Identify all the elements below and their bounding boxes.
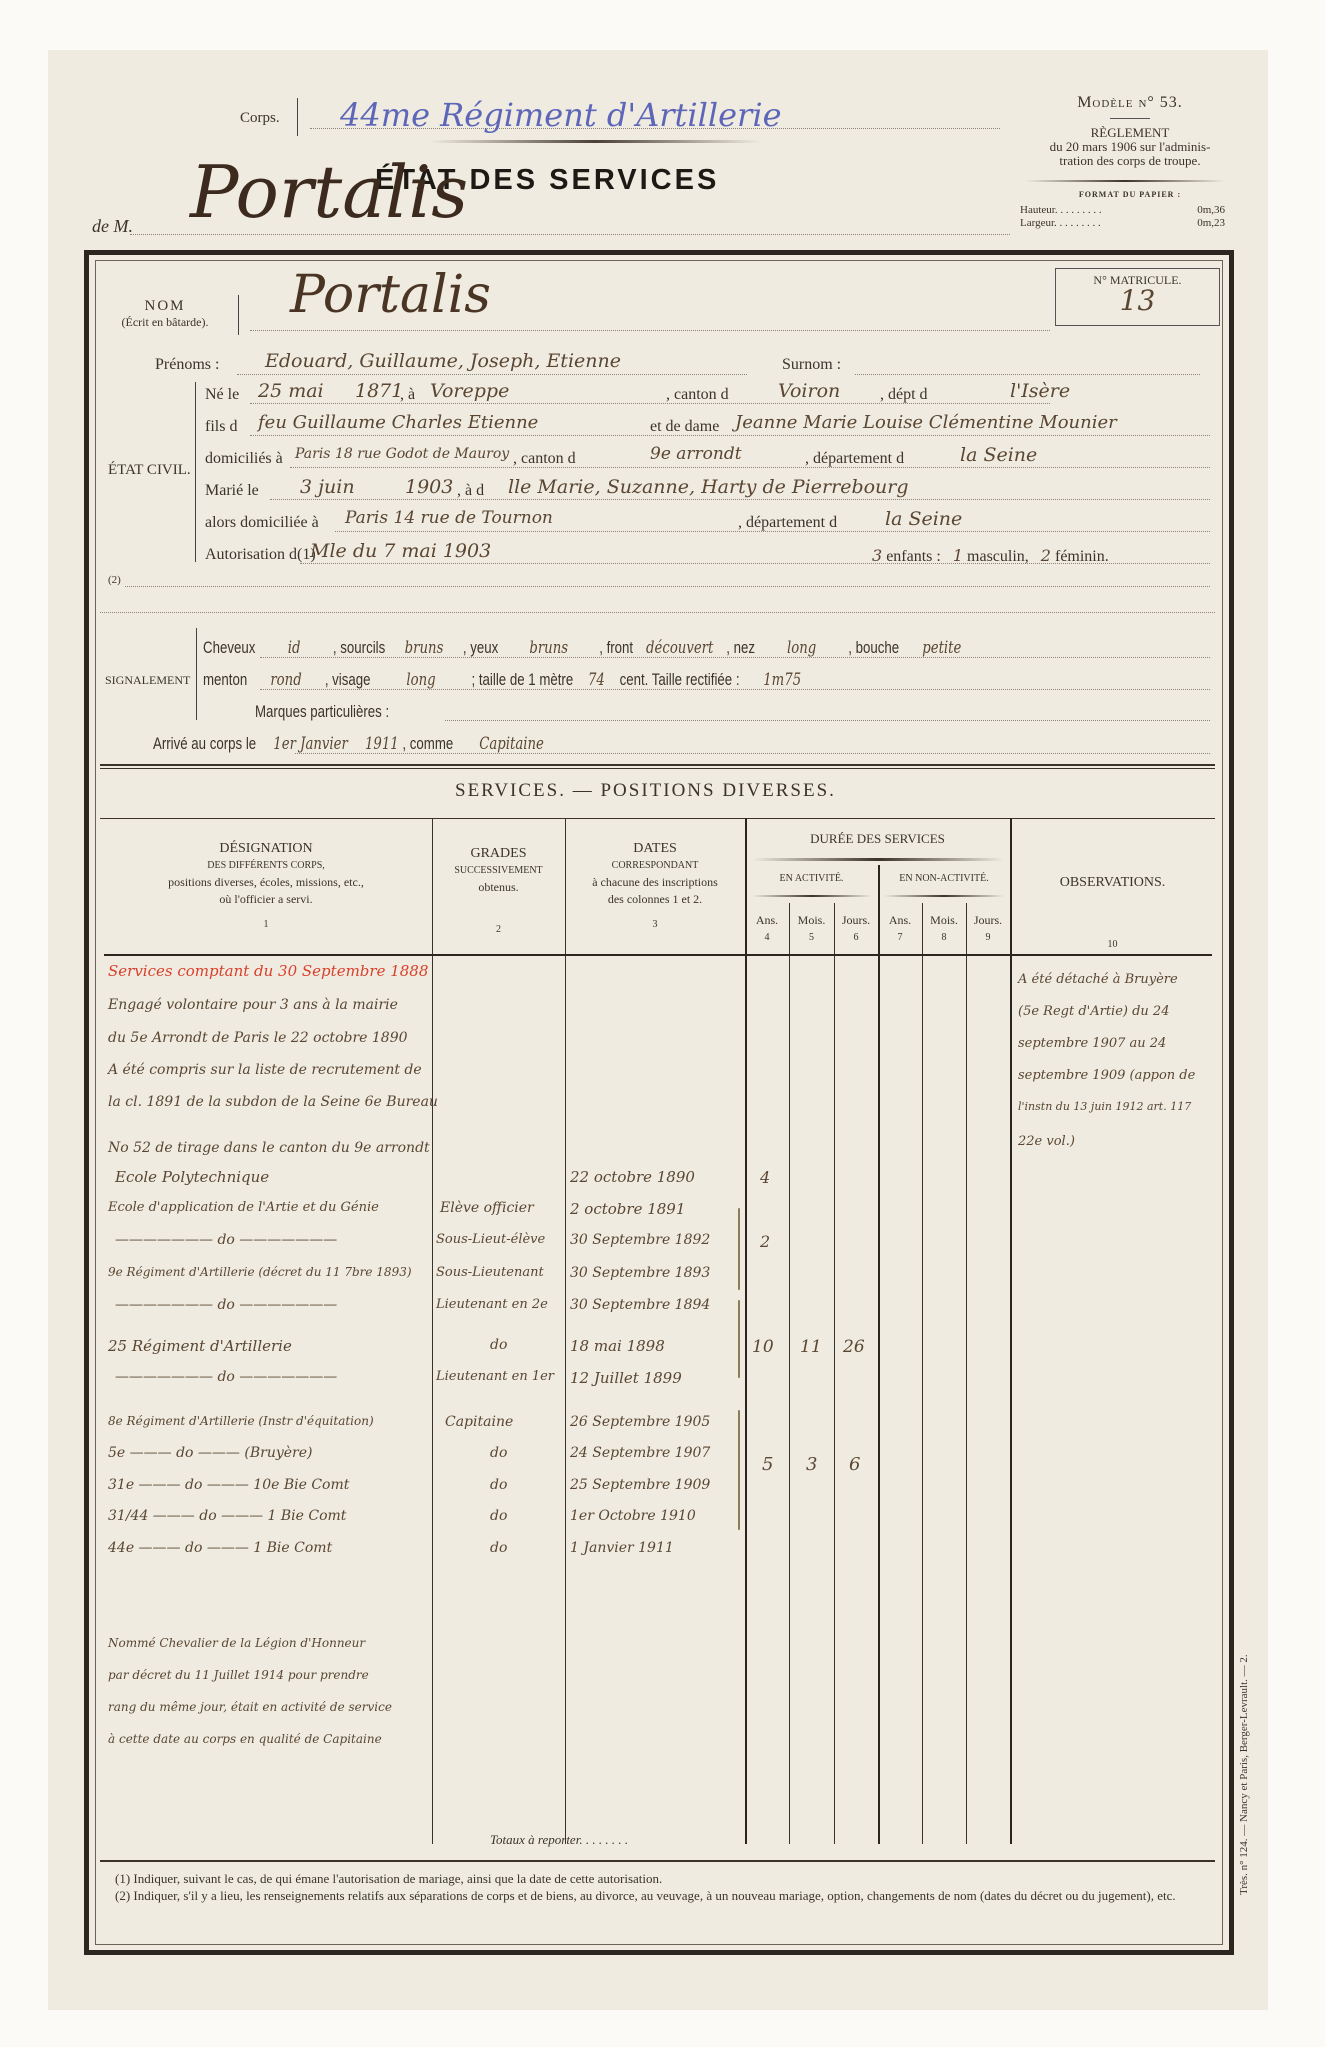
hauteur-value: 0m,36: [1197, 204, 1225, 216]
dates-title: DATES: [565, 840, 745, 857]
enfants-block: 3 enfants : 1 masculin, 2 féminin.: [872, 546, 1109, 566]
totaux-label: Totaux à reporter. . . . . . . .: [490, 1832, 628, 1848]
row-date: 2 octobre 1891: [570, 1200, 685, 1218]
observation-line: l'instn du 13 juin 1912 art. 117: [1018, 1100, 1191, 1113]
grades-sub1: SUCCESSIVEMENT: [432, 862, 565, 879]
nom-sub: (Écrit en bâtarde).: [105, 315, 225, 330]
col-num-6: 6: [834, 929, 878, 946]
duration-ans: 5: [762, 1454, 773, 1475]
col-num-4: 4: [745, 929, 789, 946]
surnom-line: [855, 374, 1200, 375]
intro-line: Engagé volontaire pour 3 ans à la mairie: [108, 997, 398, 1013]
reglement-title: RÈGLEMENT: [1010, 126, 1250, 140]
duration-brace: [738, 1208, 740, 1290]
yeux-label: , yeux: [463, 638, 498, 657]
grades-num: 2: [432, 921, 565, 938]
domicilies-line: [290, 467, 1210, 468]
canton-label: , canton d: [666, 386, 729, 404]
signalement-row1: Cheveux id , sourcils bruns , yeux bruns…: [203, 638, 981, 658]
departement2-label: , département d: [738, 514, 837, 532]
signalement-row2: menton rond , visage long ; taille de 1 …: [203, 670, 821, 690]
printer-imprint: Très. n° 124. — Nancy et Paris, Berger-L…: [1238, 1654, 1250, 1895]
nom-label-block: NOM (Écrit en bâtarde).: [105, 298, 225, 330]
dame-value: Jeanne Marie Louise Clémentine Mounier: [735, 412, 1117, 433]
intro-line: la cl. 1891 de la subdon de la Seine 6e …: [108, 1094, 438, 1110]
duration-mois: 3: [806, 1454, 817, 1475]
nom-value: Portalis: [290, 265, 491, 325]
menton-value: rond: [251, 670, 321, 690]
observation-line: septembre 1907 au 24: [1018, 1036, 1166, 1051]
row-designation: 5e ——— do ——— (Bruyère): [108, 1445, 312, 1461]
bouche-label: , bouche: [848, 638, 899, 657]
bouche-value: petite: [903, 638, 981, 658]
services-top-rule: [100, 818, 1215, 819]
row-date: 30 Septembre 1893: [570, 1265, 710, 1281]
hauteur-label: Hauteur. . . . . . . . .: [1020, 204, 1102, 216]
duree-title: DURÉE DES SERVICES: [745, 830, 1010, 847]
enfants-count: 3: [872, 546, 882, 565]
nom-line: [250, 330, 1050, 331]
arrive-row: Arrivé au corps le 1er Janvier 1911 , co…: [153, 734, 566, 754]
row-date: 24 Septembre 1907: [570, 1445, 710, 1461]
comme-label: , comme: [402, 734, 453, 753]
row-date: 1 Janvier 1911: [570, 1540, 674, 1556]
nom-brace: [238, 295, 239, 335]
duree-ornament: [752, 858, 1004, 861]
legion-line: rang du même jour, était en activité de …: [108, 1700, 392, 1714]
legion-line: par décret du 11 Juillet 1914 pour prend…: [108, 1668, 369, 1682]
domicilies-value: Paris 18 rue Godot de Mauroy: [295, 446, 509, 462]
de-m-line: [130, 234, 1010, 235]
col-num-5: 5: [789, 929, 834, 946]
model-divider: [1110, 118, 1150, 119]
departement2-value: la Seine: [885, 508, 962, 530]
nez-label: , nez: [726, 638, 755, 657]
dep-value: l'Isère: [1010, 380, 1070, 402]
domicilies-label: domiciliés à: [205, 450, 283, 468]
marie-a-label: , à d: [457, 482, 484, 500]
legion-line: Nommé Chevalier de la Légion d'Honneur: [108, 1636, 365, 1650]
etat-civil-brace: [195, 382, 196, 562]
masculin-value: 1: [953, 546, 963, 565]
header-grades: GRADES SUCCESSIVEMENT obtenus. 2: [432, 845, 565, 938]
dates-sub2: à chacune des inscriptions: [565, 874, 745, 891]
ornament-divider: [430, 140, 760, 143]
red-note: Services comptant du 30 Septembre 1888: [108, 962, 428, 980]
col-line-2: [565, 818, 566, 1844]
matricule-value: 13: [1056, 288, 1219, 314]
masculin-label: masculin,: [967, 548, 1029, 565]
row-designation: 44e ——— do ——— 1 Bie Comt: [108, 1540, 332, 1556]
row-grade: Elève officier: [440, 1200, 534, 1216]
row-grade: Sous-Lieutenant: [436, 1265, 544, 1280]
enfants-label: enfants :: [886, 548, 941, 565]
autorisation-value: Mle du 7 mai 1903: [310, 540, 491, 562]
ne-a-value: Voreppe: [430, 380, 509, 402]
designation-title: DÉSIGNATION: [100, 840, 432, 857]
ne-a-label: , à: [400, 386, 415, 404]
non-activite-ornament: [884, 895, 1004, 897]
duration-mois: 11: [800, 1337, 822, 1357]
format-largeur: Largeur. . . . . . . . . 0m,23: [1020, 217, 1225, 229]
row-date: 18 mai 1898: [570, 1337, 665, 1355]
dates-sub1: CORRESPONDANT: [565, 857, 745, 874]
front-value: découvert: [637, 638, 723, 658]
duration-jours: 6: [849, 1454, 860, 1475]
corps-brace: [297, 98, 300, 136]
dates-sub3: des colonnes 1 et 2.: [565, 891, 745, 908]
col-num-8: 8: [922, 929, 966, 946]
row-designation: Ecole Polytechnique: [115, 1168, 269, 1186]
col-line-7: [922, 903, 923, 1844]
autorisation-label: Autorisation d(1): [205, 546, 316, 564]
nez-value: long: [759, 638, 845, 658]
dates-num: 3: [565, 916, 745, 933]
grades-title: GRADES: [432, 845, 565, 862]
blank-line: [100, 612, 1215, 613]
header-bottom-rule: [104, 954, 1212, 956]
row-designation: 25 Régiment d'Artillerie: [108, 1337, 292, 1355]
col-line-9: [1010, 818, 1012, 1844]
header-designation: DÉSIGNATION DES DIFFÉRENTS CORPS, positi…: [100, 840, 432, 933]
row-date: 1er Octobre 1910: [570, 1508, 696, 1524]
designation-sub3: où l'officier a servi.: [100, 891, 432, 908]
jours-label: Jours.: [834, 912, 878, 929]
alors-label: alors domiciliée à: [205, 514, 319, 532]
col-line-8: [966, 903, 967, 1844]
footnote-2: (2) Indiquer, s'il y a lieu, les renseig…: [105, 1887, 1215, 1904]
arrive-label: Arrivé au corps le: [153, 734, 256, 753]
taille-value: 74: [577, 670, 616, 690]
row-designation: 8e Régiment d'Artillerie (Instr d'équita…: [108, 1414, 374, 1428]
etat-civil-label: ÉTAT CIVIL.: [108, 462, 191, 479]
corps-value: 44me Régiment d'Artillerie: [340, 96, 782, 134]
duration-brace: [738, 1300, 740, 1378]
row-grade: Sous-Lieut-élève: [436, 1232, 545, 1247]
totals-rule: [100, 1860, 1215, 1862]
col-line-5: [834, 903, 835, 1844]
row-designation: ——————— do ———————: [115, 1369, 337, 1385]
ans-label: Ans.: [745, 912, 789, 929]
jours-label: Jours.: [966, 912, 1010, 929]
row-grade: do: [490, 1445, 507, 1461]
col-num-9: 9: [966, 929, 1010, 946]
de-m-label: de M.: [92, 216, 133, 237]
row-date: 30 Septembre 1894: [570, 1297, 710, 1313]
visage-value: long: [374, 670, 468, 690]
signalement-brace: [196, 628, 197, 720]
duration-brace: [738, 1410, 740, 1530]
alors-value: Paris 14 rue de Tournon: [345, 508, 553, 528]
observations-title: OBSERVATIONS.: [1010, 874, 1215, 891]
nom-label: NOM: [105, 298, 225, 315]
canton2-value: 9e arrondt: [650, 444, 742, 464]
de-m-name: Portalis: [190, 150, 468, 234]
ans-label: Ans.: [878, 912, 922, 929]
dame-label: et de dame: [650, 418, 719, 436]
activite-title: EN ACTIVITÉ.: [745, 870, 878, 887]
sourcils-value: bruns: [389, 638, 459, 658]
row-date: 25 Septembre 1909: [570, 1477, 710, 1493]
largeur-label: Largeur. . . . . . . . .: [1020, 217, 1101, 229]
header-jours-non-activite: Jours.9: [966, 912, 1010, 946]
taille-label: ; taille de 1 mètre: [472, 670, 574, 689]
ne-le-line: [250, 403, 1050, 404]
intro-line: du 5e Arrondt de Paris le 22 octobre 189…: [108, 1030, 408, 1046]
row-grade: do: [490, 1508, 507, 1524]
canton-value: Voiron: [778, 380, 840, 402]
prenoms-label: Prénoms :: [155, 356, 219, 374]
note2-line: [125, 586, 1210, 587]
taille-rect-label: Taille rectifiée :: [652, 670, 740, 689]
row-designation: Ecole d'application de l'Artie et du Gén…: [108, 1200, 379, 1215]
ne-le-label: Né le: [205, 386, 239, 404]
intro-line: No 52 de tirage dans le canton du 9e arr…: [108, 1140, 430, 1156]
mois-label: Mois.: [922, 912, 966, 929]
col-line-1: [432, 818, 433, 1844]
feminin-value: 2: [1041, 546, 1051, 565]
ne-le-year: 1871: [355, 380, 403, 402]
matricule-box: N° MATRICULE. 13: [1055, 268, 1220, 326]
format-title: FORMAT DU PAPIER :: [1010, 190, 1250, 199]
marie-label: Marié le: [205, 482, 259, 500]
services-title: SERVICES. — POSITIONS DIVERSES.: [455, 780, 836, 802]
note2-marker: (2): [108, 574, 121, 586]
header-mois-activite: Mois.5: [789, 912, 834, 946]
fils-label: fils d: [205, 418, 237, 436]
col-num-7: 7: [878, 929, 922, 946]
legion-line: à cette date au corps en qualité de Capi…: [108, 1732, 382, 1746]
marques-label: Marques particulières :: [255, 702, 389, 722]
yeux-value: bruns: [502, 638, 596, 658]
observations-num: 10: [1010, 936, 1215, 953]
cheveux-value: id: [259, 638, 329, 658]
col-line-3: [745, 818, 747, 1844]
designation-num: 1: [100, 916, 432, 933]
visage-label: , visage: [325, 670, 371, 689]
designation-sub1: DES DIFFÉRENTS CORPS,: [100, 857, 432, 874]
marques-line: [445, 720, 1210, 721]
format-hauteur: Hauteur. . . . . . . . . 0m,36: [1020, 204, 1225, 216]
prenoms-value: Edouard, Guillaume, Joseph, Etienne: [265, 350, 621, 372]
header-ans-activite: Ans.4: [745, 912, 789, 946]
reglement: RÈGLEMENT du 20 mars 1906 sur l'adminis-…: [1010, 126, 1250, 168]
activite-ornament: [752, 895, 872, 897]
row-grade: do: [490, 1337, 507, 1353]
menton-label: menton: [203, 670, 247, 689]
duration-ans: 4: [760, 1168, 770, 1187]
row-grade: Capitaine: [445, 1414, 513, 1430]
sourcils-label: , sourcils: [333, 638, 385, 657]
marie-day: 3 juin: [300, 476, 355, 498]
surnom-label: Surnom :: [782, 356, 841, 374]
header-mois-non-activite: Mois.8: [922, 912, 966, 946]
observation-line: A été détaché à Bruyère: [1018, 972, 1178, 987]
model-number: Modèle n° 53.: [1030, 94, 1230, 112]
intro-line: A été compris sur la liste de recrutemen…: [108, 1062, 422, 1078]
observation-line: septembre 1909 (appon de: [1018, 1068, 1195, 1083]
reglement-ornament: [1025, 180, 1225, 182]
corps-label: Corps.: [240, 110, 280, 127]
departement-label: , département d: [805, 450, 904, 468]
ne-le-day: 25 mai: [258, 380, 324, 402]
duration-jours: 26: [843, 1337, 865, 1357]
col-line-6: [878, 865, 880, 1844]
marie-line: [270, 499, 1210, 500]
duration-ans: 10: [752, 1337, 774, 1357]
mois-label: Mois.: [789, 912, 834, 929]
row-designation: ——————— do ———————: [115, 1297, 337, 1313]
fils-line: [250, 435, 1210, 436]
marie-year: 1903: [405, 476, 453, 498]
prenoms-line: [237, 374, 747, 375]
section-divider: [100, 764, 1215, 769]
row-designation: ——————— do ———————: [115, 1232, 337, 1248]
row-date: 12 Juillet 1899: [570, 1369, 682, 1387]
arrive-year: 1911: [365, 734, 399, 754]
designation-sub2: positions diverses, écoles, missions, et…: [100, 874, 432, 891]
header-ans-non-activite: Ans.7: [878, 912, 922, 946]
largeur-value: 0m,23: [1197, 217, 1225, 229]
front-label: , front: [599, 638, 633, 657]
col-line-4: [789, 903, 790, 1844]
row-designation: 31/44 ——— do ——— 1 Bie Comt: [108, 1508, 346, 1524]
row-grade: do: [490, 1540, 507, 1556]
dep-label: , dépt d: [880, 386, 928, 404]
row-date: 30 Septembre 1892: [570, 1232, 710, 1248]
observation-line: 22e vol.): [1018, 1134, 1075, 1149]
cheveux-label: Cheveux: [203, 638, 255, 657]
row-grade: Lieutenant en 2e: [436, 1297, 548, 1312]
fils-value: feu Guillaume Charles Etienne: [258, 412, 538, 433]
row-date: 22 octobre 1890: [570, 1168, 695, 1186]
row-grade: Lieutenant en 1er: [436, 1369, 554, 1384]
duration-ans: 2: [760, 1232, 770, 1251]
non-activite-title: EN NON-ACTIVITÉ.: [878, 870, 1010, 887]
row-grade: do: [490, 1477, 507, 1493]
observation-line: (5e Regt d'Artie) du 24: [1018, 1004, 1169, 1019]
marie-a-value: lle Marie, Suzanne, Harty de Pierrebourg: [508, 476, 909, 498]
arrive-day: 1er Janvier: [260, 734, 361, 754]
header-jours-activite: Jours.6: [834, 912, 878, 946]
feminin-label: féminin.: [1055, 548, 1109, 565]
canton2-label: , canton d: [513, 450, 576, 468]
footnotes: (1) Indiquer, suivant le cas, de qui éma…: [105, 1870, 1215, 1904]
departement-value: la Seine: [960, 444, 1037, 466]
cent-label: cent.: [620, 670, 649, 689]
header-dates: DATES CORRESPONDANT à chacune des inscri…: [565, 840, 745, 933]
signalement-label: SIGNALEMENT: [105, 673, 190, 688]
reglement-line1: du 20 mars 1906 sur l'adminis-: [1010, 140, 1250, 154]
comme-value: Capitaine: [457, 734, 566, 754]
row-designation: 31e ——— do ——— 10e Bie Comt: [108, 1477, 349, 1493]
row-designation: 9e Régiment d'Artillerie (décret du 11 7…: [108, 1265, 412, 1279]
footnote-1: (1) Indiquer, suivant le cas, de qui éma…: [105, 1870, 1215, 1887]
row-date: 26 Septembre 1905: [570, 1414, 710, 1430]
grades-sub2: obtenus.: [432, 879, 565, 896]
reglement-line2: tration des corps de troupe.: [1010, 154, 1250, 168]
taille-rect-value: 1m75: [743, 670, 821, 690]
